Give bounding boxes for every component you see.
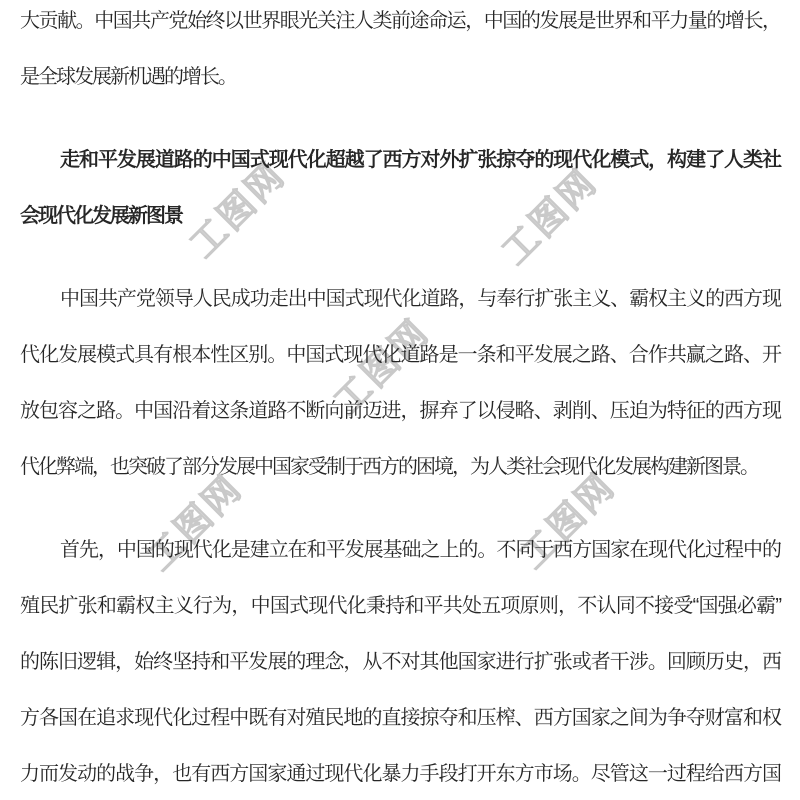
document-page: 工图网工图网工图网工图网工图网 大贡献。中国共产党始终以世界眼光关注人类前途命运… — [0, 0, 800, 793]
text-line: 会现代化发展新图景 — [20, 188, 780, 244]
text-line: 的陈旧逻辑，始终坚持和平发展的理念，从不对其他国家进行扩张或者干涉。回顾历史，西 — [20, 634, 780, 690]
text-line: 走和平发展道路的中国式现代化超越了西方对外扩张掠夺的现代化模式，构建了人类社 — [20, 132, 780, 188]
paragraph: 中国共产党领导人民成功走出中国式现代化道路，与奉行扩张主义、霸权主义的西方现代化… — [20, 271, 780, 495]
text-line: 力而发动的战争，也有西方国家通过现代化暴力手段打开东方市场。尽管这一过程给西方国 — [20, 746, 780, 800]
section-heading: 走和平发展道路的中国式现代化超越了西方对外扩张掠夺的现代化模式，构建了人类社会现… — [20, 132, 780, 244]
document-content: 大贡献。中国共产党始终以世界眼光关注人类前途命运，中国的发展是世界和平力量的增长… — [0, 0, 800, 800]
text-line: 中国共产党领导人民成功走出中国式现代化道路，与奉行扩张主义、霸权主义的西方现 — [20, 271, 780, 327]
text-line: 放包容之路。中国沿着这条道路不断向前迈进，摒弃了以侵略、剥削、压迫为特征的西方现 — [20, 383, 780, 439]
text-line: 殖民扩张和霸权主义行为，中国式现代化秉持和平共处五项原则，不认同不接受“国强必霸… — [20, 578, 780, 634]
text-line: 代化发展模式具有根本性区别。中国式现代化道路是一条和平发展之路、合作共赢之路、开 — [20, 327, 780, 383]
paragraph: 大贡献。中国共产党始终以世界眼光关注人类前途命运，中国的发展是世界和平力量的增长… — [20, 0, 780, 105]
text-line: 方各国在追求现代化过程中既有对殖民地的直接掠夺和压榨、西方国家之间为争夺财富和权 — [20, 690, 780, 746]
text-line: 是全球发展新机遇的增长。 — [20, 49, 780, 105]
paragraph: 首先，中国的现代化是建立在和平发展基础之上的。不同于西方国家在现代化过程中的殖民… — [20, 522, 780, 800]
text-line: 代化弊端，也突破了部分发展中国家受制于西方的困境，为人类社会现代化发展构建新图景… — [20, 439, 780, 495]
text-line: 大贡献。中国共产党始终以世界眼光关注人类前途命运，中国的发展是世界和平力量的增长… — [20, 0, 780, 49]
text-line: 首先，中国的现代化是建立在和平发展基础之上的。不同于西方国家在现代化过程中的 — [20, 522, 780, 578]
